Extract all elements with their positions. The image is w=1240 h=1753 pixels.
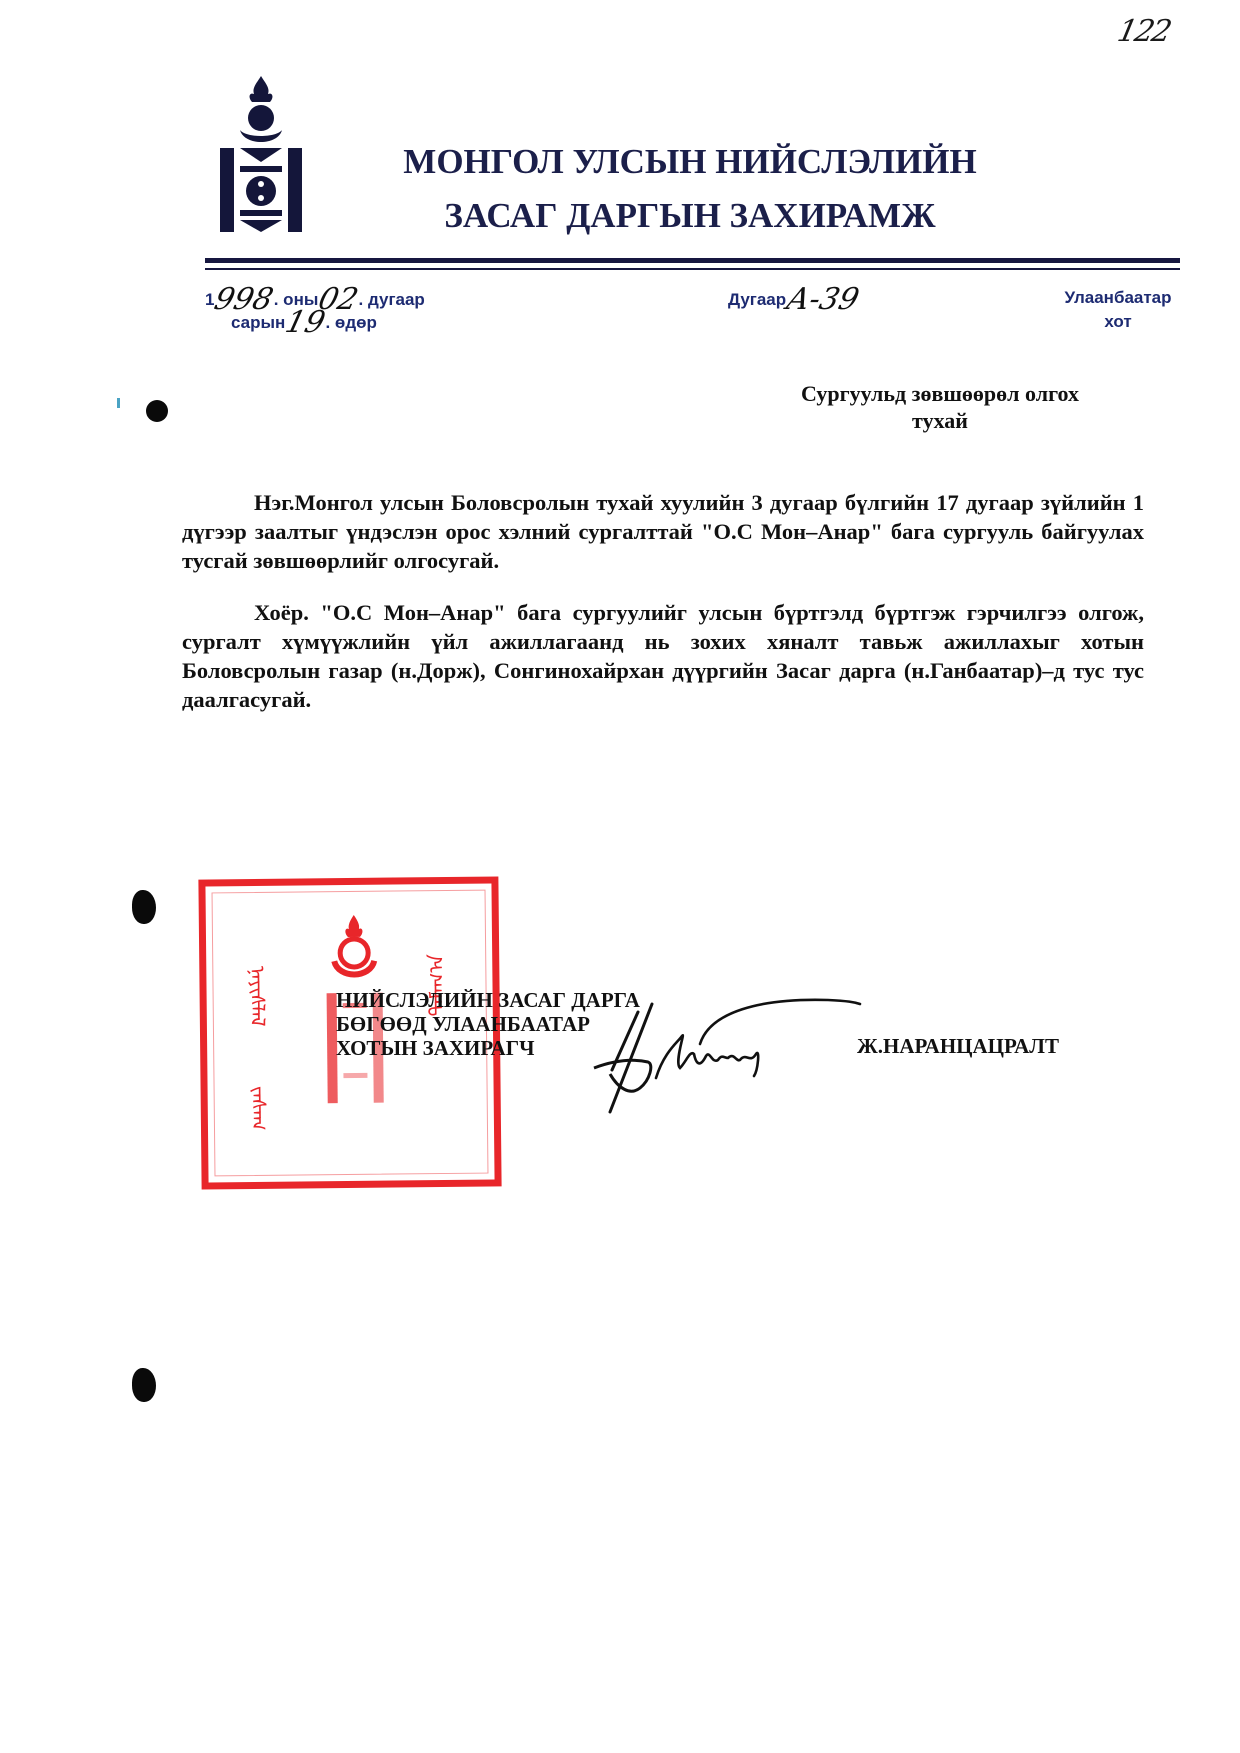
- subject-line-2: тухай: [770, 407, 1110, 434]
- city-label: Улаанбаатар хот: [1060, 286, 1176, 334]
- paragraph-text: Нэг.Монгол улсын Боловсролын тухай хуули…: [182, 488, 1144, 575]
- city-line-1: Улаанбаатар: [1060, 286, 1176, 310]
- soyombo-emblem-icon: [218, 74, 304, 234]
- year-handwritten: 998: [212, 288, 275, 312]
- day-handwritten: 19: [283, 311, 327, 335]
- scan-speck: [117, 398, 120, 408]
- title-line-2: ЗАСАГ ДАРГЫН ЗАХИРАМЖ: [370, 189, 1010, 243]
- punch-hole: [132, 1368, 156, 1402]
- stamp-mongolian-script: ᠵᠠᠰᠠᠭ: [242, 1086, 277, 1131]
- stamp-mongolian-script: ᠨᠡᠶᠢᠰᠯᠡᠯ: [240, 966, 276, 1027]
- page-number-handwritten: 122: [1114, 14, 1173, 49]
- document-number: ДугаарА-39: [728, 288, 859, 312]
- punch-hole: [146, 400, 168, 422]
- signatory-name: Ж.НАРАНЦАЦРАЛТ: [857, 1034, 1059, 1059]
- city-line-2: хот: [1060, 310, 1176, 334]
- header-rule-thin: [205, 268, 1180, 270]
- number-label: Дугаар: [728, 290, 786, 309]
- document-subject: Сургуульд зөвшөөрөл олгох тухай: [770, 380, 1110, 434]
- punch-hole: [132, 890, 156, 924]
- paragraph-text: Хоёр. "О.С Мон–Анар" бага сургуулийг улс…: [182, 598, 1144, 714]
- body-paragraph-2: Хоёр. "О.С Мон–Анар" бага сургуулийг улс…: [182, 598, 1144, 714]
- number-handwritten: А-39: [784, 288, 861, 312]
- handwritten-signature-icon: [590, 992, 890, 1122]
- document-title: МОНГОЛ УЛСЫН НИЙСЛЭЛИЙН ЗАСАГ ДАРГЫН ЗАХ…: [370, 135, 1010, 243]
- header-rule-thick: [205, 258, 1180, 263]
- month-suffix: . дугаар: [359, 290, 425, 309]
- month-word: сарын: [231, 313, 285, 332]
- body-paragraph-1: Нэг.Монгол улсын Боловсролын тухай хуули…: [182, 488, 1144, 575]
- title-line-1: МОНГОЛ УЛСЫН НИЙСЛЭЛИЙН: [370, 135, 1010, 189]
- subject-line-1: Сургуульд зөвшөөрөл олгох: [770, 380, 1110, 407]
- date-day: сарын19. өдөр: [231, 311, 377, 335]
- day-suffix: . өдөр: [325, 313, 376, 332]
